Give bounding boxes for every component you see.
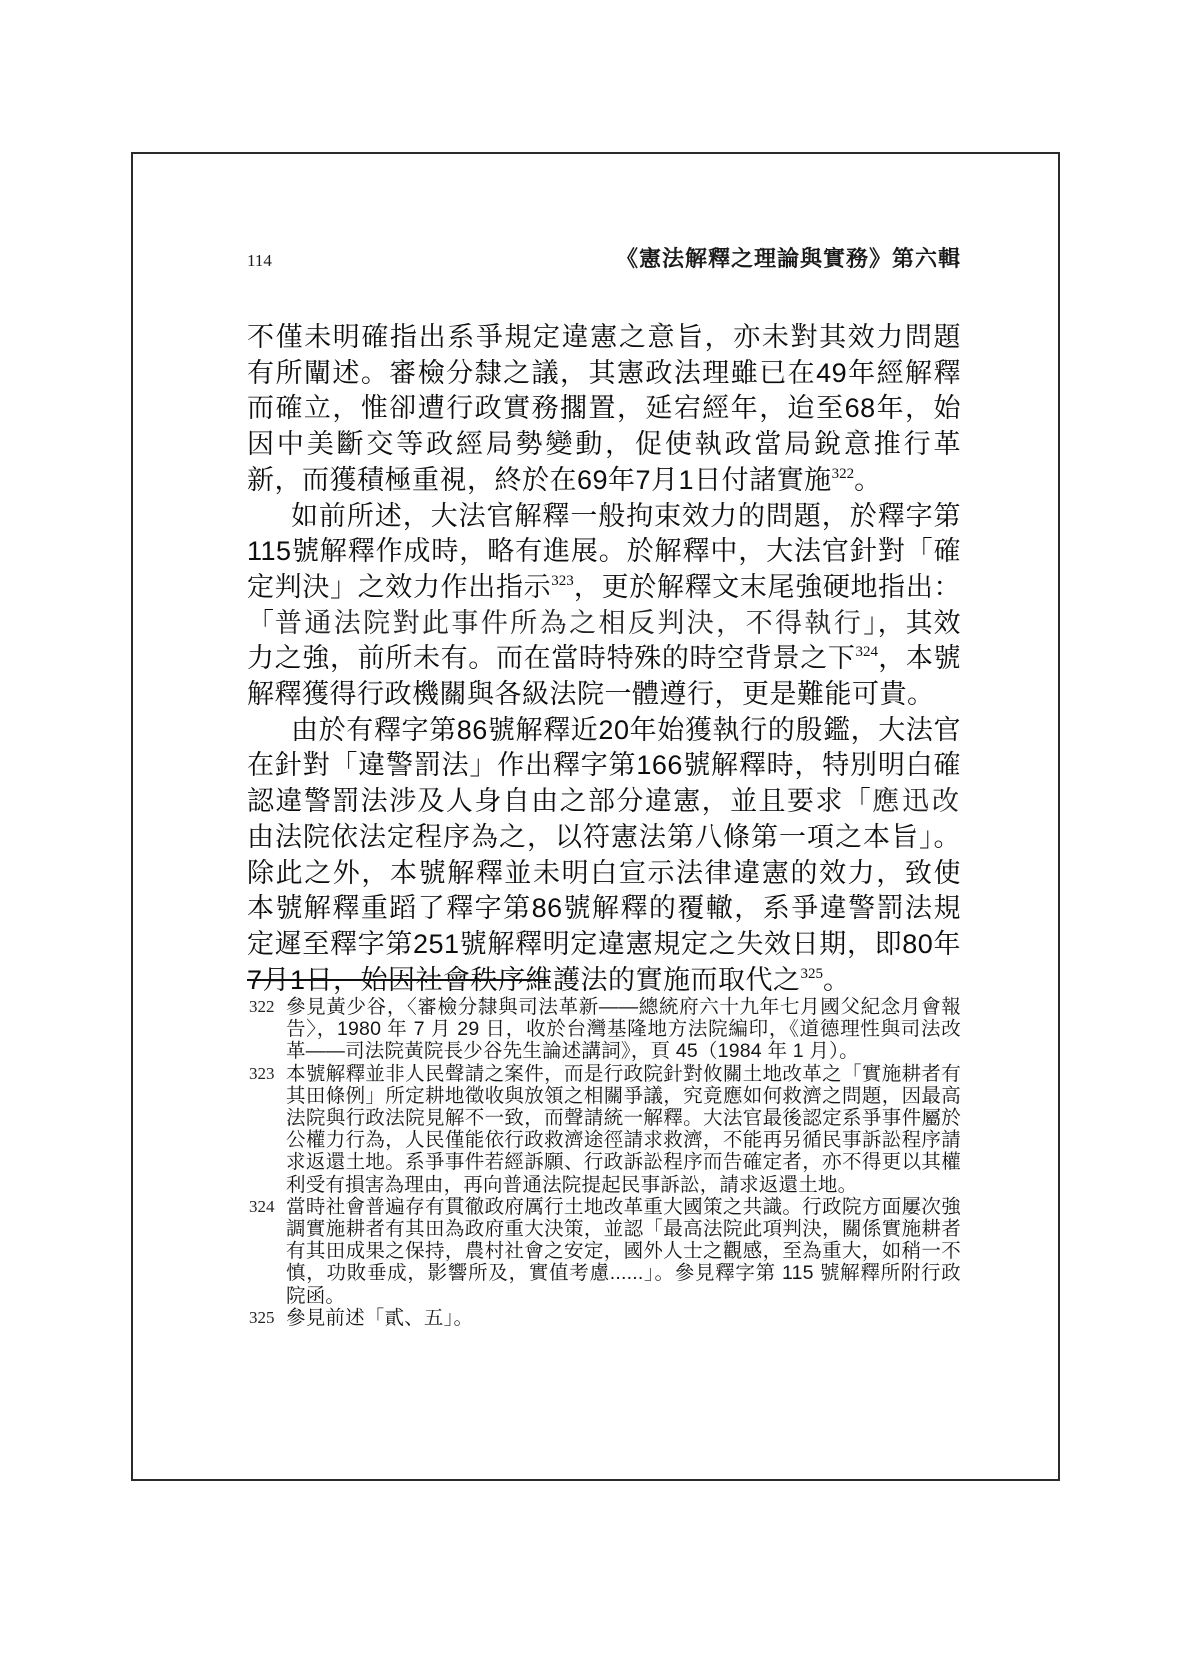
footnote-322: 322參見黃少谷，〈審檢分隸與司法革新——總統府六十九年七月國父紀念月會報告〉，…: [249, 996, 961, 1063]
main-text-block: 不僅未明確指出系爭規定違憲之意旨，亦未對其效力問題有所闡述。審檢分隸之議，其憲政…: [247, 320, 961, 998]
scanned-book-page: 114 《憲法解釋之理論與實務》第六輯 不僅未明確指出系爭規定違憲之意旨，亦未對…: [0, 0, 1177, 1664]
text-run: 。: [854, 465, 882, 495]
footnotes-block: 322參見黃少谷，〈審檢分隸與司法革新——總統府六十九年七月國父紀念月會報告〉，…: [249, 996, 961, 1329]
footnote-divider: [247, 979, 549, 981]
page-number: 114: [247, 251, 272, 271]
footnote-324: 324當時社會普遍存有貫徹政府厲行土地改革重大國策之共識。行政院方面屢次強調實施…: [249, 1196, 961, 1307]
book-title-header: 《憲法解釋之理論與實務》第六輯: [616, 242, 961, 273]
footnote-323: 323本號解釋並非人民聲請之案件，而是行政院針對攸關土地改革之「實施耕者有其田條…: [249, 1063, 961, 1196]
footnote-text: 當時社會普遍存有貫徹政府厲行土地改革重大國策之共識。行政院方面屢次強調實施耕者有…: [286, 1196, 961, 1307]
quoted-kai-text: 應迅改: [872, 786, 961, 817]
footnote-text: 參見黃少谷，〈審檢分隸與司法革新——總統府六十九年七月國父紀念月會報告〉，198…: [286, 996, 961, 1063]
text-run: 。: [823, 965, 851, 995]
footnote-number: 322: [249, 996, 286, 1018]
paragraph-2: 如前所述，大法官解釋一般拘束效力的問題，於釋字第115號解釋作成時，略有進展。於…: [247, 499, 961, 713]
footnote-number: 325: [249, 1307, 286, 1329]
footnote-number: 323: [249, 1063, 286, 1085]
paragraph-1: 不僅未明確指出系爭規定違憲之意旨，亦未對其效力問題有所闡述。審檢分隸之議，其憲政…: [247, 320, 961, 499]
running-head: 114 《憲法解釋之理論與實務》第六輯: [247, 242, 961, 273]
paragraph-3: 由於有釋字第86號解釋近20年始獲執行的殷鑑，大法官在針對「違警罰法」作出釋字第…: [247, 713, 961, 999]
footnote-text: 本號解釋並非人民聲請之案件，而是行政院針對攸關土地改革之「實施耕者有其田條例」所…: [286, 1063, 961, 1196]
text-run: 由於有釋字第86號解釋近20年始獲執行的殷鑑，大法官在針對「違警罰法」作出釋字第…: [247, 715, 961, 816]
quoted-kai-text: 普通法院對此事件所為之相反判決，不得執行: [275, 608, 863, 639]
footnote-325: 325參見前述「貳、五」。: [249, 1307, 961, 1329]
text-run: 由法院依法定程序為之，以符憲法第八條第一項之本旨」。除此之外，本號解釋並未明白宣…: [247, 822, 961, 995]
footnote-number: 324: [249, 1196, 286, 1218]
page-border-frame: 114 《憲法解釋之理論與實務》第六輯 不僅未明確指出系爭規定違憲之意旨，亦未對…: [131, 152, 1060, 1481]
footnote-ref-325: 325: [801, 966, 824, 982]
footnote-ref-322: 322: [832, 466, 855, 482]
footnote-text: 參見前述「貳、五」。: [286, 1307, 961, 1329]
footnote-ref-323: 323: [551, 573, 574, 589]
footnote-ref-324: 324: [856, 644, 879, 660]
